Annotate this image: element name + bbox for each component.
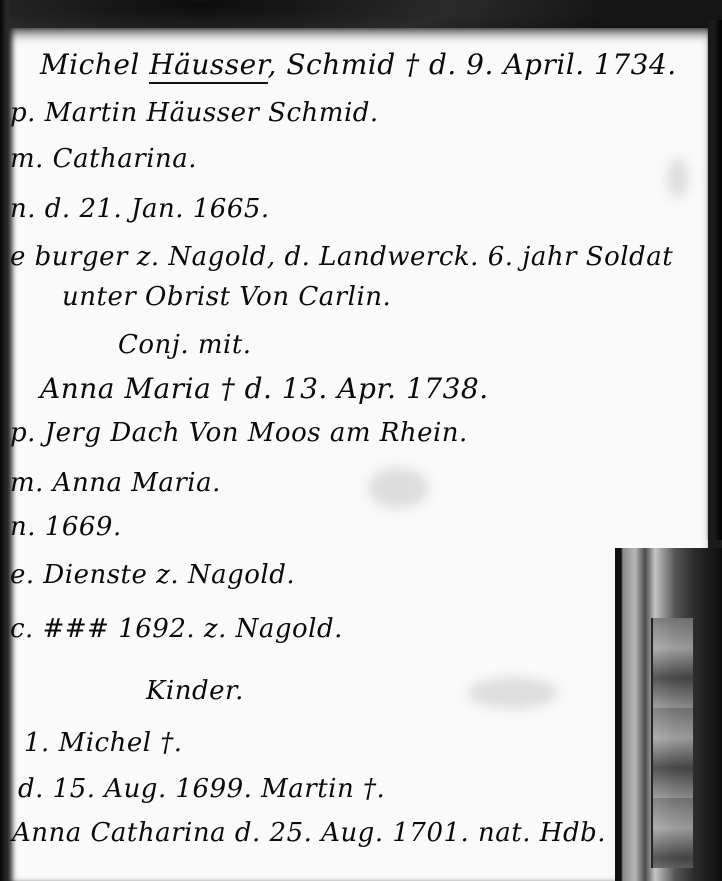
entry-line-born: n. d. 21. Jan. 1665. <box>10 194 270 224</box>
entry-line-child-1: 1. Michel †. <box>24 728 183 758</box>
entry-line-occupation: e burger z. Nagold, d. Landwerck. 6. jah… <box>10 242 673 272</box>
entry-line-spouse: Anna Maria † d. 13. Apr. 1738. <box>40 372 489 405</box>
entry-line-copulated: c. ### 1692. z. Nagold. <box>10 614 343 644</box>
entry-line-child-2: d. 15. Aug. 1699. Martin †. <box>18 774 385 804</box>
book-clasp <box>615 548 722 881</box>
entry-line-father: p. Martin Häusser Schmid. <box>10 98 379 128</box>
entry-line-mother: m. Catharina. <box>10 144 197 174</box>
entry-line-spouse-father: p. Jerg Dach Von Moos am Rhein. <box>10 418 468 448</box>
entry-line-married: Conj. mit. <box>118 330 252 360</box>
ink-smudge <box>668 158 688 198</box>
entry-line-military: unter Obrist Von Carlin. <box>62 282 391 312</box>
entry-line-child-3: Anna Catharina d. 25. Aug. 1701. nat. Hd… <box>12 818 606 848</box>
entry-line-children-heading: Kinder. <box>146 676 244 706</box>
clasp-plate <box>651 618 693 868</box>
entry-line-spouse-born: n. 1669. <box>10 512 122 542</box>
entry-line-spouse-mother: m. Anna Maria. <box>10 468 221 498</box>
entry-line-spouse-service: e. Dienste z. Nagold. <box>10 560 295 590</box>
ink-smudge <box>368 468 428 508</box>
ink-smudge <box>468 678 558 708</box>
surname-underlined: Häusser <box>149 48 267 84</box>
entry-line-name: Michel Häusser, Schmid † d. 9. April. 17… <box>40 48 677 81</box>
book-edge-right <box>706 20 722 540</box>
